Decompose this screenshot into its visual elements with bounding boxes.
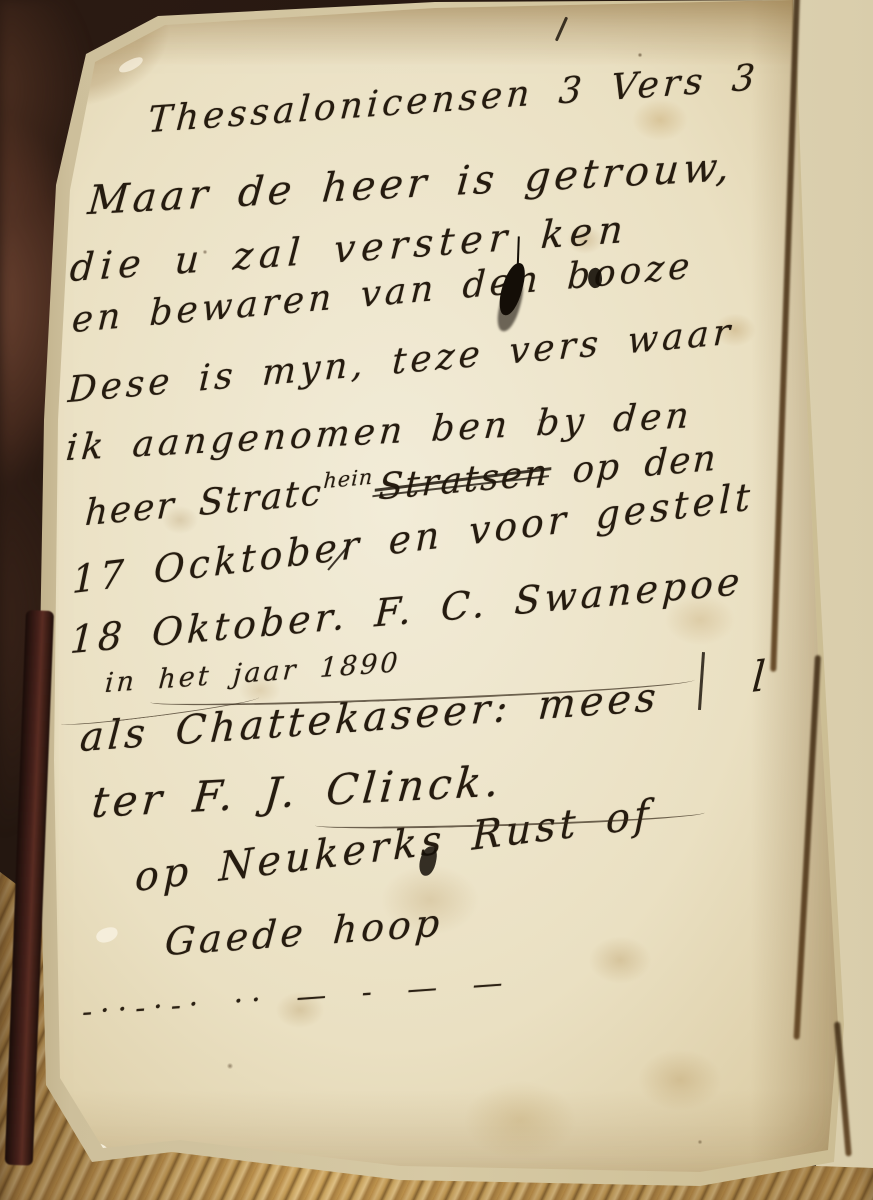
manuscript-line-10-suffix: l [750,651,767,702]
manuscript-page: Thessalonicensen 3 Vers 3 Maar de heer i… [0,0,873,1200]
manuscript-line-1: Thessalonicensen 3 Vers 3 [147,57,761,141]
manuscript-line-2: Maar de heer is getrouw, [86,144,735,224]
handwriting-layer: Thessalonicensen 3 Vers 3 Maar de heer i… [0,0,873,1200]
line-text: heer Stratc [84,472,324,534]
manuscript-dashed-rule: -··-·-· ·· — - — — [81,965,512,1030]
crossed-out-word: Stratsen [378,452,551,508]
superscript-correction: hein [323,465,374,494]
photo-frame: Thessalonicensen 3 Vers 3 Maar de heer i… [0,0,873,1200]
manuscript-line-14: Gaede hoop [163,900,444,964]
